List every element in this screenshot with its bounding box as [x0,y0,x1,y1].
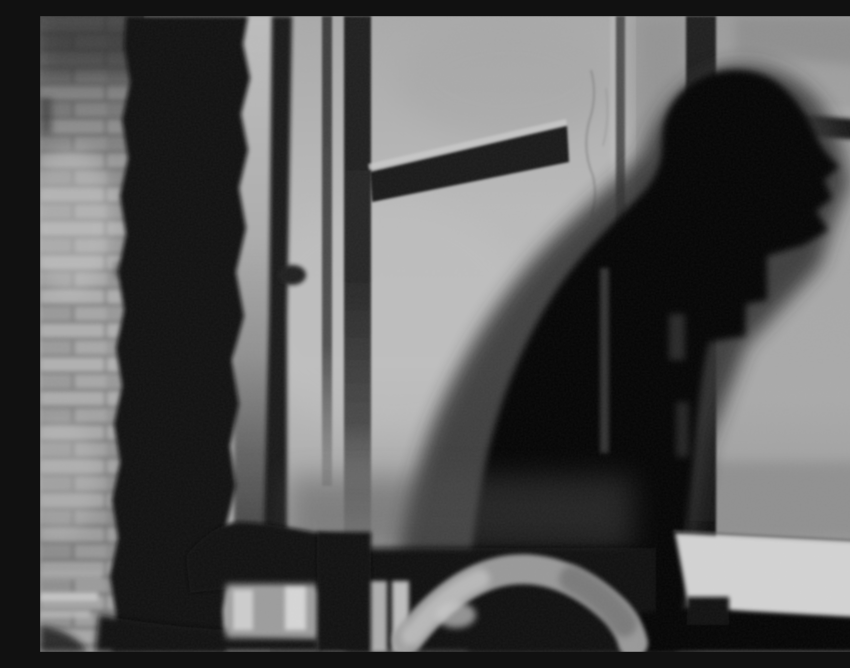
film-grain [40,16,850,652]
photograph [40,16,850,652]
photo-canvas [40,16,850,652]
